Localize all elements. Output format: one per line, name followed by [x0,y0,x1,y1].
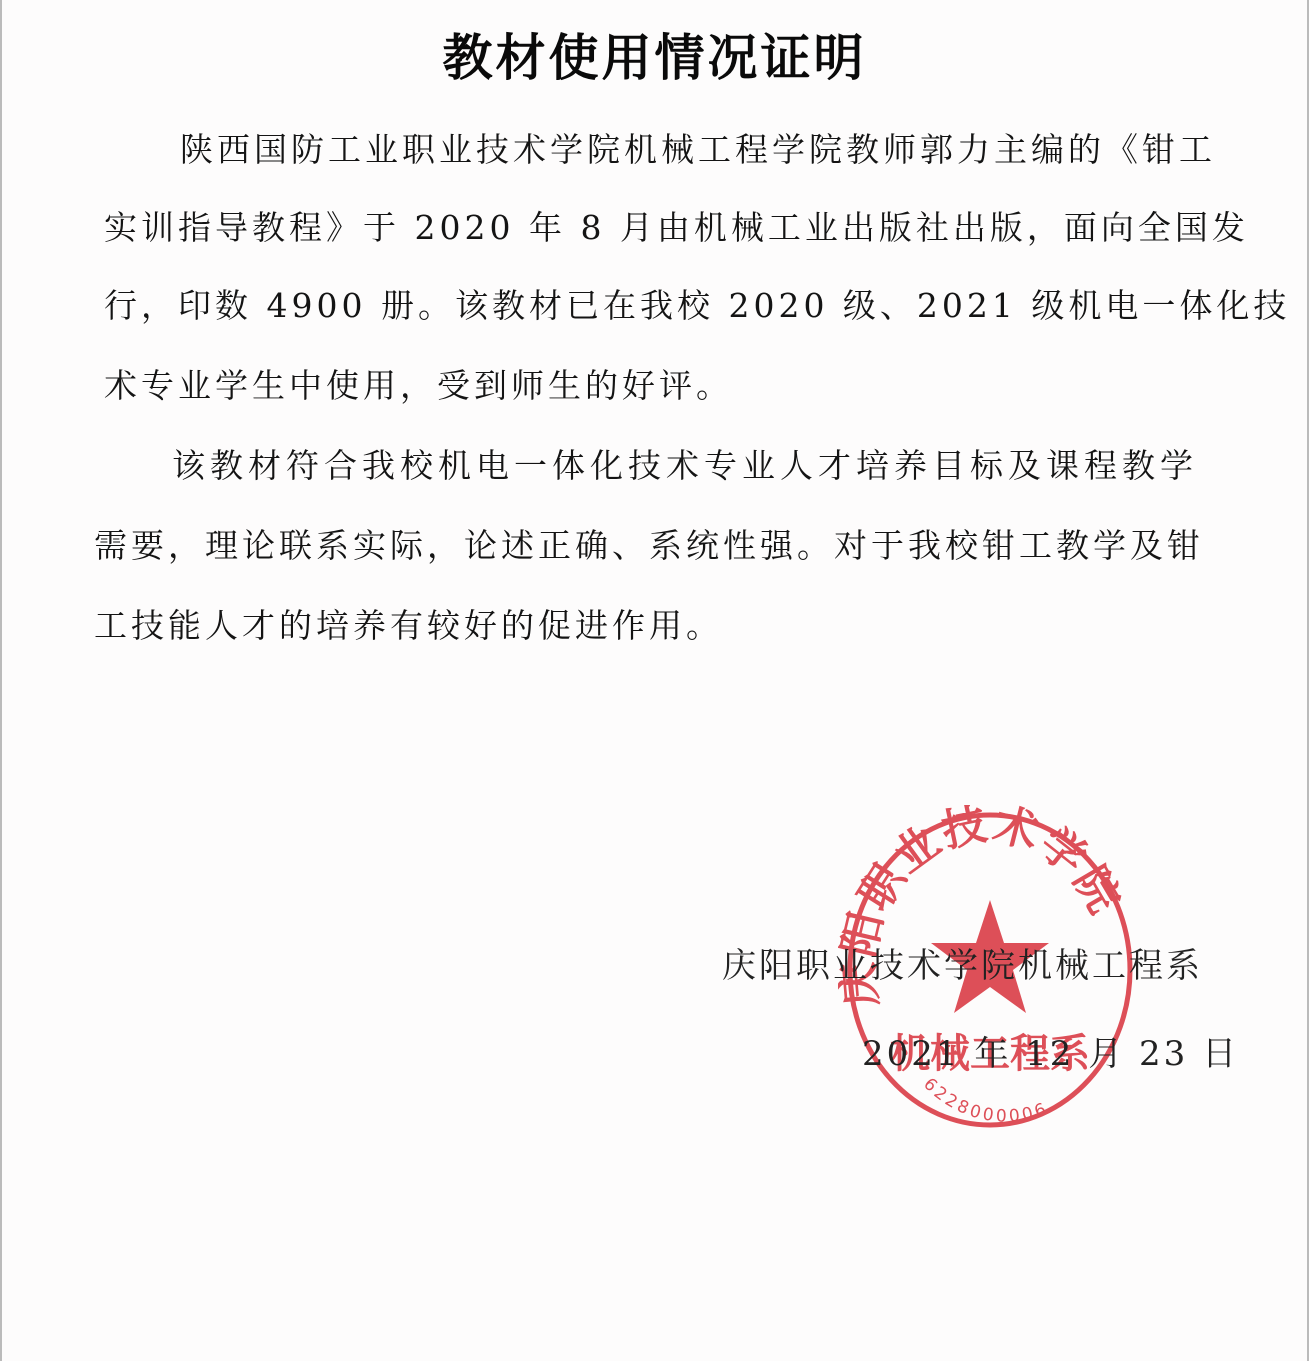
paragraph1-line2: 实训指导教程》于 2020 年 8 月由机械工业出版社出版，面向全国发 [104,202,1249,249]
seal-number: 6228000006 [919,1074,1051,1127]
paragraph1-line3: 行，印数 4900 册。该教材已在我校 2020 级、2021 级机电一体化技 [104,280,1290,327]
page-edge-left [0,0,2,1361]
paragraph1-line4: 术专业学生中使用，受到师生的好评。 [104,360,733,407]
signature-date: 2021 年 12 月 23 日 [862,1026,1239,1075]
svg-text:6228000006: 6228000006 [919,1074,1051,1127]
signature-organization: 庆阳职业技术学院机械工程系 [722,938,1203,987]
paragraph2-line1: 该教材符合我校机电一体化技术专业人才培养目标及课程教学 [172,440,1198,487]
paragraph2-line2: 需要，理论联系实际，论述正确、系统性强。对于我校钳工教学及钳 [94,520,1204,567]
paragraph2-line3: 工技能人才的培养有较好的促进作用。 [94,600,723,647]
paragraph1-line1: 陕西国防工业职业技术学院机械工程学院教师郭力主编的《钳工 [180,124,1216,171]
document-title: 教材使用情况证明 [0,18,1309,90]
